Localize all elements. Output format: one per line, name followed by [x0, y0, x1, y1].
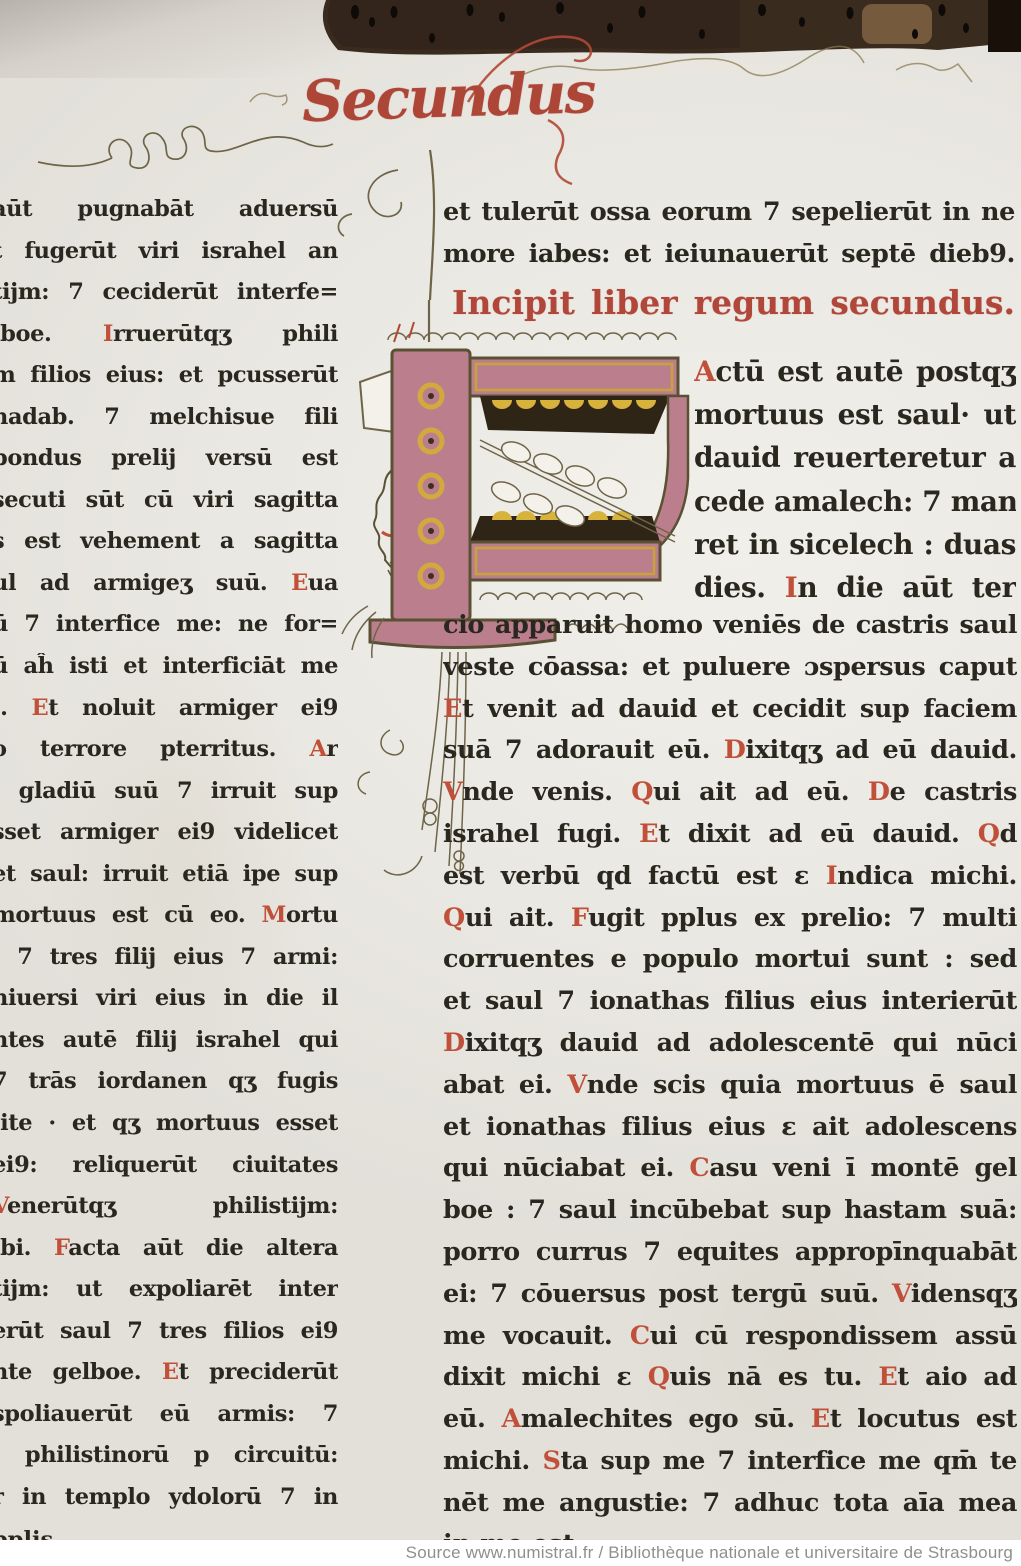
text-line: aūt pugnabāt aduersū — [0, 196, 338, 238]
yellow-scallops-top — [492, 400, 656, 409]
watermark-bar: Source www.numistral.fr / Bibliothèque n… — [0, 1540, 1021, 1566]
text-line: et saul: irruit etiā ipe sup — [0, 861, 338, 903]
text-line: erūt saul 7 tres filios ei9 — [0, 1318, 338, 1360]
text-line: me vocauit. Cui cū respondissem assū — [443, 1321, 1017, 1363]
text-line: nadab. 7 melchisue fili — [0, 404, 338, 446]
text-line: t fugerūt viri israhel an — [0, 238, 338, 280]
text-line: m filios eius: et pcusserūt — [0, 362, 338, 404]
interior-penwork — [480, 438, 675, 542]
incipit-rubric: Incipit liber regum secundus. — [452, 283, 1015, 322]
text-line: boe : 7 saul incūbebat sup hastam suā: — [443, 1195, 1017, 1237]
text-line: s est vehement a sagitta — [0, 528, 338, 570]
right-column-main: cio apparuit homo veniēs de castris saul… — [443, 610, 1017, 1530]
ring-centers — [428, 393, 434, 579]
manuscript-page: Secundus — [0, 0, 1021, 1566]
text-line: mortuus est cū eo. Mortu — [0, 902, 338, 944]
text-line: est verbū qd factū est ɛ Indica michi. — [443, 861, 1017, 903]
text-line: secuti sūt cū viri sagitta — [0, 487, 338, 529]
face-profile — [374, 408, 442, 616]
text-line: Vnde venis. Qui ait ad eū. De castris — [443, 777, 1017, 819]
text-line: Dixitqʒ dauid ad adolescentē qui nūci — [443, 1028, 1017, 1070]
text-line: cio apparuit homo veniēs de castris saul — [443, 610, 1017, 652]
text-line: cede amalech: 7 mane — [694, 485, 1016, 528]
right-column-top: et tulerūt ossa eorum 7 sepelierūt in ne… — [443, 197, 1015, 281]
page-top-shadow — [0, 0, 360, 78]
text-line: niuersi viri eius in die il — [0, 985, 338, 1027]
gold-rings — [420, 385, 442, 587]
text-line: 7 trās iordanen qʒ fugis — [0, 1068, 338, 1110]
text-line: Venerūtqʒ philistijm: — [0, 1193, 338, 1235]
initial-letter-body — [370, 350, 688, 648]
text-line: israhel fugi. Et dixit ad eū dauid. Qd — [443, 819, 1017, 861]
text-line: Et venit ad dauid et cecidit sup faciem — [443, 694, 1017, 736]
text-line: lboe. Irruerūtqʒ phili — [0, 321, 338, 363]
text-line: michi. Sta sup me 7 interfice me qm̄ te — [443, 1446, 1017, 1488]
text-line: i. Et noluit armiger ei9 — [0, 695, 338, 737]
text-line: ibi. Facta aūt die altera — [0, 1235, 338, 1277]
watermark-text: Source www.numistral.fr / Bibliothèque n… — [406, 1543, 1013, 1563]
text-line: et ionathas filius eius ɛ ait adolescens — [443, 1112, 1017, 1154]
worm-holes — [351, 2, 969, 43]
text-line: lite · et qʒ mortuus esset — [0, 1110, 338, 1152]
text-line: ret in sicelech : duas — [694, 528, 1016, 571]
text-line: abat ei. Vnde scis quia mortuus ē saul — [443, 1070, 1017, 1112]
text-line: dauid reuerteretur a — [694, 441, 1016, 484]
text-line: dixit michi ɛ Quis nā es tu. Et aio ad — [443, 1362, 1017, 1404]
text-line: et tulerūt ossa eorum 7 sepelierūt in ne — [443, 197, 1015, 239]
text-line: veste cōassa: et puluere ɔspersus caput — [443, 652, 1017, 694]
text-line: ul ad armigeʒ suū. Eua — [0, 570, 338, 612]
leather-worn-patch — [862, 4, 932, 44]
text-line: nēt me angustie: 7 adhuc tota aīa mea — [443, 1488, 1017, 1530]
text-line: corruentes e populo mortui sunt : sed — [443, 944, 1017, 986]
text-line: Qui ait. Fugit pplus ex prelio: 7 multi — [443, 903, 1017, 945]
text-line: Actū est autē postqʒ — [694, 355, 1016, 398]
text-line: r in templo ydolorū 7 in — [0, 1484, 338, 1526]
text-line: l gladiū suū 7 irruit sup — [0, 778, 338, 820]
text-line: sset armiger ei9 videlicet — [0, 819, 338, 861]
text-line: ū 7 interfice me: ne for= — [0, 611, 338, 653]
right-column-beside-initial: Actū est autē postqʒmortuus est saul· ut… — [694, 355, 1016, 614]
left-column: aūt pugnabāt aduersūt fugerūt viri israh… — [0, 196, 338, 1526]
page-header-title: Secundus — [301, 60, 573, 135]
text-line: tijm: ut expoliarēt inter — [0, 1276, 338, 1318]
text-line: tijm: 7 ceciderūt interfe= — [0, 279, 338, 321]
text-line: i philistinorū p circuitū: — [0, 1442, 338, 1484]
text-line: et saul 7 ionathas filius eius interierū… — [443, 986, 1017, 1028]
left-column-partial-line: pplis. — [0, 1527, 338, 1540]
text-line: dies. In die aūt ter — [694, 571, 1016, 614]
text-line: eū. Amalechites ego sū. Et locutus est — [443, 1404, 1017, 1446]
text-line: mortuus est saul· ut — [694, 398, 1016, 441]
text-line: porro currus 7 equites appropīnquabāt — [443, 1237, 1017, 1279]
text-line: nte gelboe. Et preciderūt — [0, 1359, 338, 1401]
text-line: ntes autē filij israhel qui — [0, 1027, 338, 1069]
text-line: l 7 tres filij eius 7 armi: — [0, 944, 338, 986]
text-line: qui nūciabat ei. Casu veni ī montē gel — [443, 1153, 1017, 1195]
margin-banner — [360, 370, 394, 432]
text-line: ei9: reliquerūt ciuitates — [0, 1152, 338, 1194]
leather-dark-end — [988, 0, 1021, 52]
text-line: more iabes: et ieiunauerūt septē dieb9. — [443, 239, 1015, 281]
text-line: ū aĥ isti et interficiāt me — [0, 653, 338, 695]
yellow-scallops-mid — [492, 511, 632, 520]
text-line: o terrore pterritus. Ar — [0, 736, 338, 778]
text-line: spoliauerūt eū armis: 7 — [0, 1401, 338, 1443]
text-line: ei: 7 cōuersus post tergū suū. Vidensqʒ — [443, 1279, 1017, 1321]
leather-band — [323, 0, 1021, 55]
text-line: suā 7 adorauit eū. Dixitqʒ ad eū dauid. — [443, 735, 1017, 777]
red-tassels — [394, 322, 414, 342]
text-line: pondus prelij versū est — [0, 445, 338, 487]
